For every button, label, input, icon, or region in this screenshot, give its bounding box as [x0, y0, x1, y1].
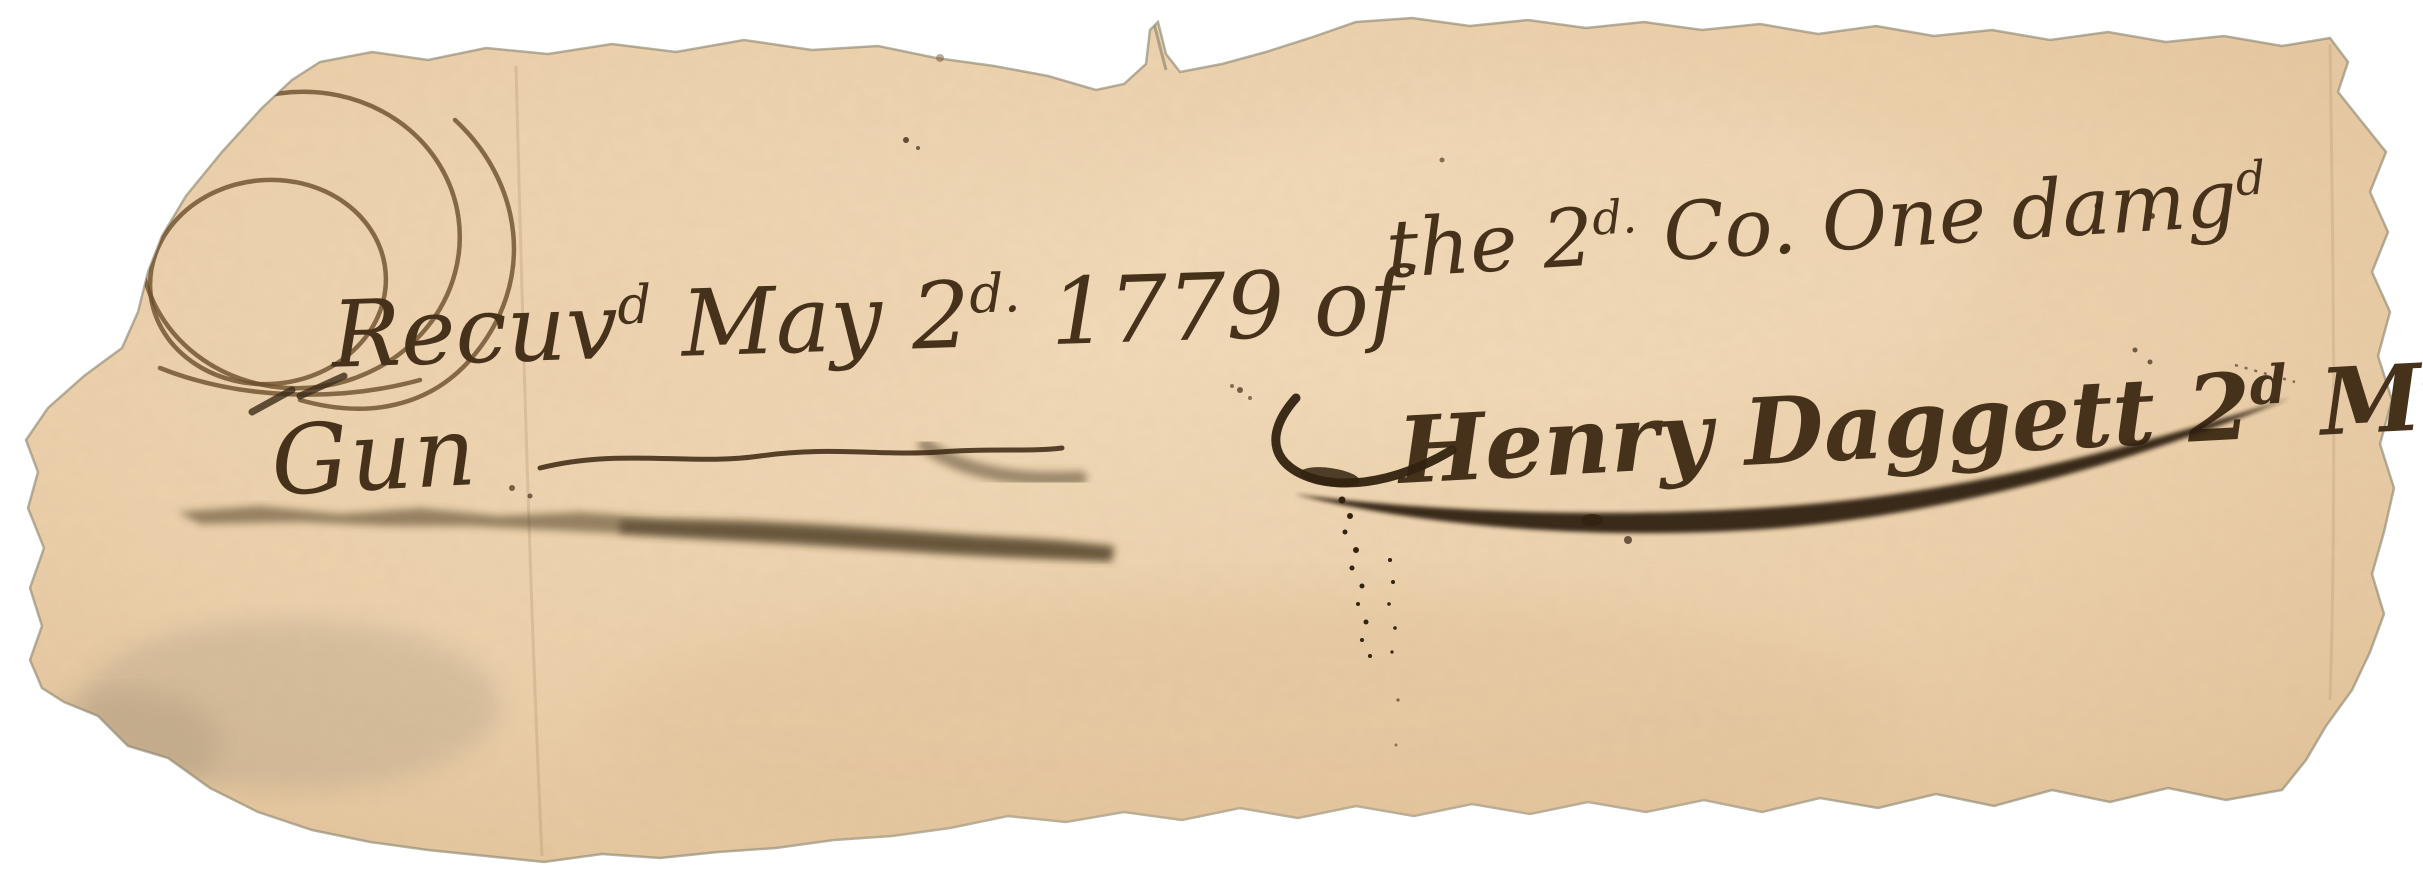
scanned-receipt-1779: Recuvd May 2d. 1779 of the 2d. Co. One d… [0, 0, 2423, 872]
item-line: Gun [268, 395, 480, 518]
superscript-d: d. [968, 261, 1021, 326]
signature-m: M [2285, 343, 2423, 458]
receipt-scan-canvas: Recuvd May 2d. 1779 of the 2d. Co. One d… [0, 0, 2423, 872]
word-the-2: the 2 [1384, 191, 1597, 296]
superscript-d: d [2248, 352, 2289, 417]
word-received: Recuv [328, 273, 620, 389]
word-may-2: May 2 [650, 262, 971, 379]
superscript-d: d. [1591, 189, 1639, 246]
superscript-d: d [616, 273, 652, 337]
word-gun: Gun [268, 395, 480, 518]
superscript-d: d [2234, 151, 2267, 207]
word-1779-of: 1779 of [1019, 248, 1418, 367]
